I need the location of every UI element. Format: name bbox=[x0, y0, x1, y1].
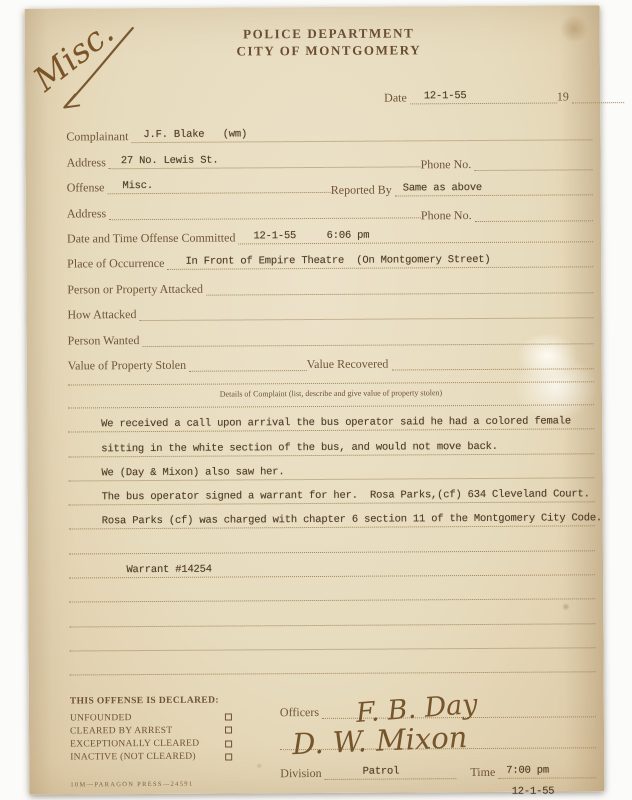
date-line: 12-1-55 bbox=[410, 90, 557, 105]
place-value: In Front of Empire Theatre (On Montgomer… bbox=[167, 254, 490, 268]
details-line: We received a call upon arrival the bus … bbox=[68, 405, 594, 433]
phone2-label: Phone No. bbox=[421, 208, 475, 222]
footer-section: THIS OFFENSE IS DECLARED: UNFOUNDED CLEA… bbox=[70, 687, 597, 797]
officers-row: Officers F. B. Day bbox=[280, 687, 596, 719]
option-label: EXCEPTIONALLY CLEARED bbox=[70, 739, 199, 750]
time-line: 7:00 pm bbox=[498, 764, 596, 779]
place-line: In Front of Empire Theatre (On Montgomer… bbox=[167, 254, 593, 271]
checkbox-cleared-by-arrest bbox=[225, 727, 232, 734]
offense-label: Offense bbox=[67, 180, 108, 194]
checkbox-inactive bbox=[225, 753, 232, 760]
offense-declaration-block: THIS OFFENSE IS DECLARED: UNFOUNDED CLEA… bbox=[70, 689, 281, 797]
declaration-option-exceptionally-cleared: EXCEPTIONALLY CLEARED bbox=[70, 737, 232, 751]
complainant-line: J.F. Blake (wm) bbox=[131, 127, 592, 144]
details-line bbox=[69, 600, 595, 628]
option-label: CLEARED BY ARREST bbox=[70, 726, 172, 737]
year-line bbox=[572, 102, 624, 103]
header-city: CITY OF MONTGOMERY bbox=[66, 40, 592, 60]
reported-by-group: Reported By Same as above bbox=[331, 181, 593, 197]
date-value: 12-1-55 bbox=[410, 90, 467, 102]
division-label: Division bbox=[280, 766, 324, 780]
attacked-label: Person or Property Attacked bbox=[67, 281, 206, 296]
form-fields: Complainant J.F. Blake (wm) Address 27 N… bbox=[66, 115, 594, 372]
value-stolen-label: Value of Property Stolen bbox=[68, 358, 189, 373]
details-line bbox=[69, 575, 595, 603]
reported-by-line: Same as above bbox=[395, 181, 593, 196]
field-how-attacked: How Attacked bbox=[67, 293, 593, 322]
option-label: INACTIVE (NOT CLEARED) bbox=[70, 752, 196, 763]
value-recovered-group: Value Recovered bbox=[307, 355, 594, 371]
datetime-label: Date and Time Offense Committed bbox=[67, 230, 239, 245]
place-label: Place of Occurrence bbox=[67, 256, 167, 271]
police-report-document: Misc. POLICE DEPARTMENT CITY OF MONTGOME… bbox=[25, 5, 605, 794]
address1-line: 27 No. Lewis St. bbox=[109, 153, 421, 169]
declaration-title: THIS OFFENSE IS DECLARED: bbox=[70, 695, 280, 711]
complainant-value: J.F. Blake (wm) bbox=[131, 129, 247, 142]
details-line-text: sitting in the white section of the bus,… bbox=[101, 440, 498, 454]
declaration-option-cleared-by-arrest: CLEARED BY ARREST bbox=[70, 724, 232, 738]
datetime-line: 12-1-55 6:06 pm bbox=[238, 228, 593, 244]
details-line bbox=[69, 624, 595, 652]
field-person-property-attacked: Person or Property Attacked bbox=[67, 268, 593, 297]
complainant-label: Complainant bbox=[66, 130, 131, 144]
address1-label: Address bbox=[67, 155, 109, 169]
field-value-stolen: Value of Property Stolen Value Recovered bbox=[68, 344, 594, 373]
reported-by-label: Reported By bbox=[331, 183, 395, 197]
date-label: Date bbox=[384, 90, 410, 104]
document-content: POLICE DEPARTMENT CITY OF MONTGOMERY Dat… bbox=[66, 23, 597, 788]
checkbox-unfounded bbox=[225, 714, 232, 721]
officer-signature-line-2: D. W. Mixon bbox=[280, 747, 596, 750]
offense-value: Misc. bbox=[107, 180, 153, 192]
details-line: Rosa Parks (cf) was charged with chapter… bbox=[69, 502, 595, 530]
offense-line: Misc. bbox=[107, 179, 330, 194]
reported-by-value: Same as above bbox=[395, 182, 482, 195]
details-line-text: We (Day & Mixon) also saw her. bbox=[101, 466, 284, 479]
officers-label: Officers bbox=[280, 705, 322, 719]
date-row-spacer bbox=[66, 105, 384, 107]
details-line: The bus operator signed a warrant for he… bbox=[68, 478, 594, 506]
officers-row-2: D. W. Mixon bbox=[280, 717, 596, 750]
details-line bbox=[70, 648, 596, 676]
declaration-option-unfounded: UNFOUNDED bbox=[70, 711, 232, 725]
phone2-group: Phone No. bbox=[421, 207, 593, 222]
time-date-row: 12-1-55 bbox=[280, 778, 596, 796]
declaration-option-inactive: INACTIVE (NOT CLEARED) bbox=[70, 750, 232, 764]
printer-mark: 10M—PARAGON PRESS—24591 bbox=[70, 780, 280, 788]
field-complainant: Complainant J.F. Blake (wm) bbox=[66, 115, 592, 144]
datetime-value: 12-1-55 6:06 pm bbox=[238, 230, 369, 243]
time-label: Time bbox=[470, 765, 498, 779]
year-prefix: 19 bbox=[557, 89, 572, 103]
details-line-text: The bus operator signed a warrant for he… bbox=[102, 488, 590, 503]
time-date-value: 12-1-55 bbox=[512, 786, 555, 798]
division-line: Patrol bbox=[325, 765, 457, 780]
details-line: sitting in the white section of the bus,… bbox=[68, 429, 594, 457]
option-label: UNFOUNDED bbox=[70, 713, 132, 723]
document-header: POLICE DEPARTMENT CITY OF MONTGOMERY bbox=[66, 23, 592, 60]
checkbox-exceptionally-cleared bbox=[225, 740, 232, 747]
officer-signature-mixon: D. W. Mixon bbox=[291, 720, 468, 761]
details-line bbox=[69, 527, 595, 555]
details-line-warrant: Warrant #14254 bbox=[69, 551, 595, 579]
details-line: We (Day & Mixon) also saw her. bbox=[68, 454, 594, 482]
address2-label: Address bbox=[67, 206, 109, 220]
warrant-number: Warrant #14254 bbox=[102, 564, 212, 577]
address1-value: 27 No. Lewis St. bbox=[109, 154, 219, 167]
phone1-label: Phone No. bbox=[421, 157, 475, 171]
field-place-of-occurrence: Place of Occurrence In Front of Empire T… bbox=[67, 242, 593, 271]
field-person-wanted: Person Wanted bbox=[68, 318, 594, 347]
value-recovered-label: Value Recovered bbox=[307, 356, 392, 371]
division-value: Patrol bbox=[325, 766, 400, 778]
signatures-block: Officers F. B. Day D. W. Mixon Division … bbox=[280, 687, 597, 796]
field-address-1: Address 27 No. Lewis St. Phone No. bbox=[66, 141, 592, 170]
division-row: Division Patrol Time 7:00 pm bbox=[280, 758, 596, 780]
phone1-group: Phone No. bbox=[421, 156, 593, 171]
time-value: 7:00 pm bbox=[498, 765, 549, 777]
details-body: We received a call upon arrival the bus … bbox=[68, 405, 596, 675]
details-line-text: We received a call upon arrival the bus … bbox=[101, 416, 571, 431]
date-row: Date 12-1-55 19 bbox=[66, 81, 592, 106]
scan-background: Misc. POLICE DEPARTMENT CITY OF MONTGOME… bbox=[0, 0, 632, 800]
details-line-text: Rosa Parks (cf) was charged with chapter… bbox=[102, 513, 602, 528]
person-wanted-label: Person Wanted bbox=[68, 333, 143, 347]
how-attacked-label: How Attacked bbox=[67, 307, 139, 321]
